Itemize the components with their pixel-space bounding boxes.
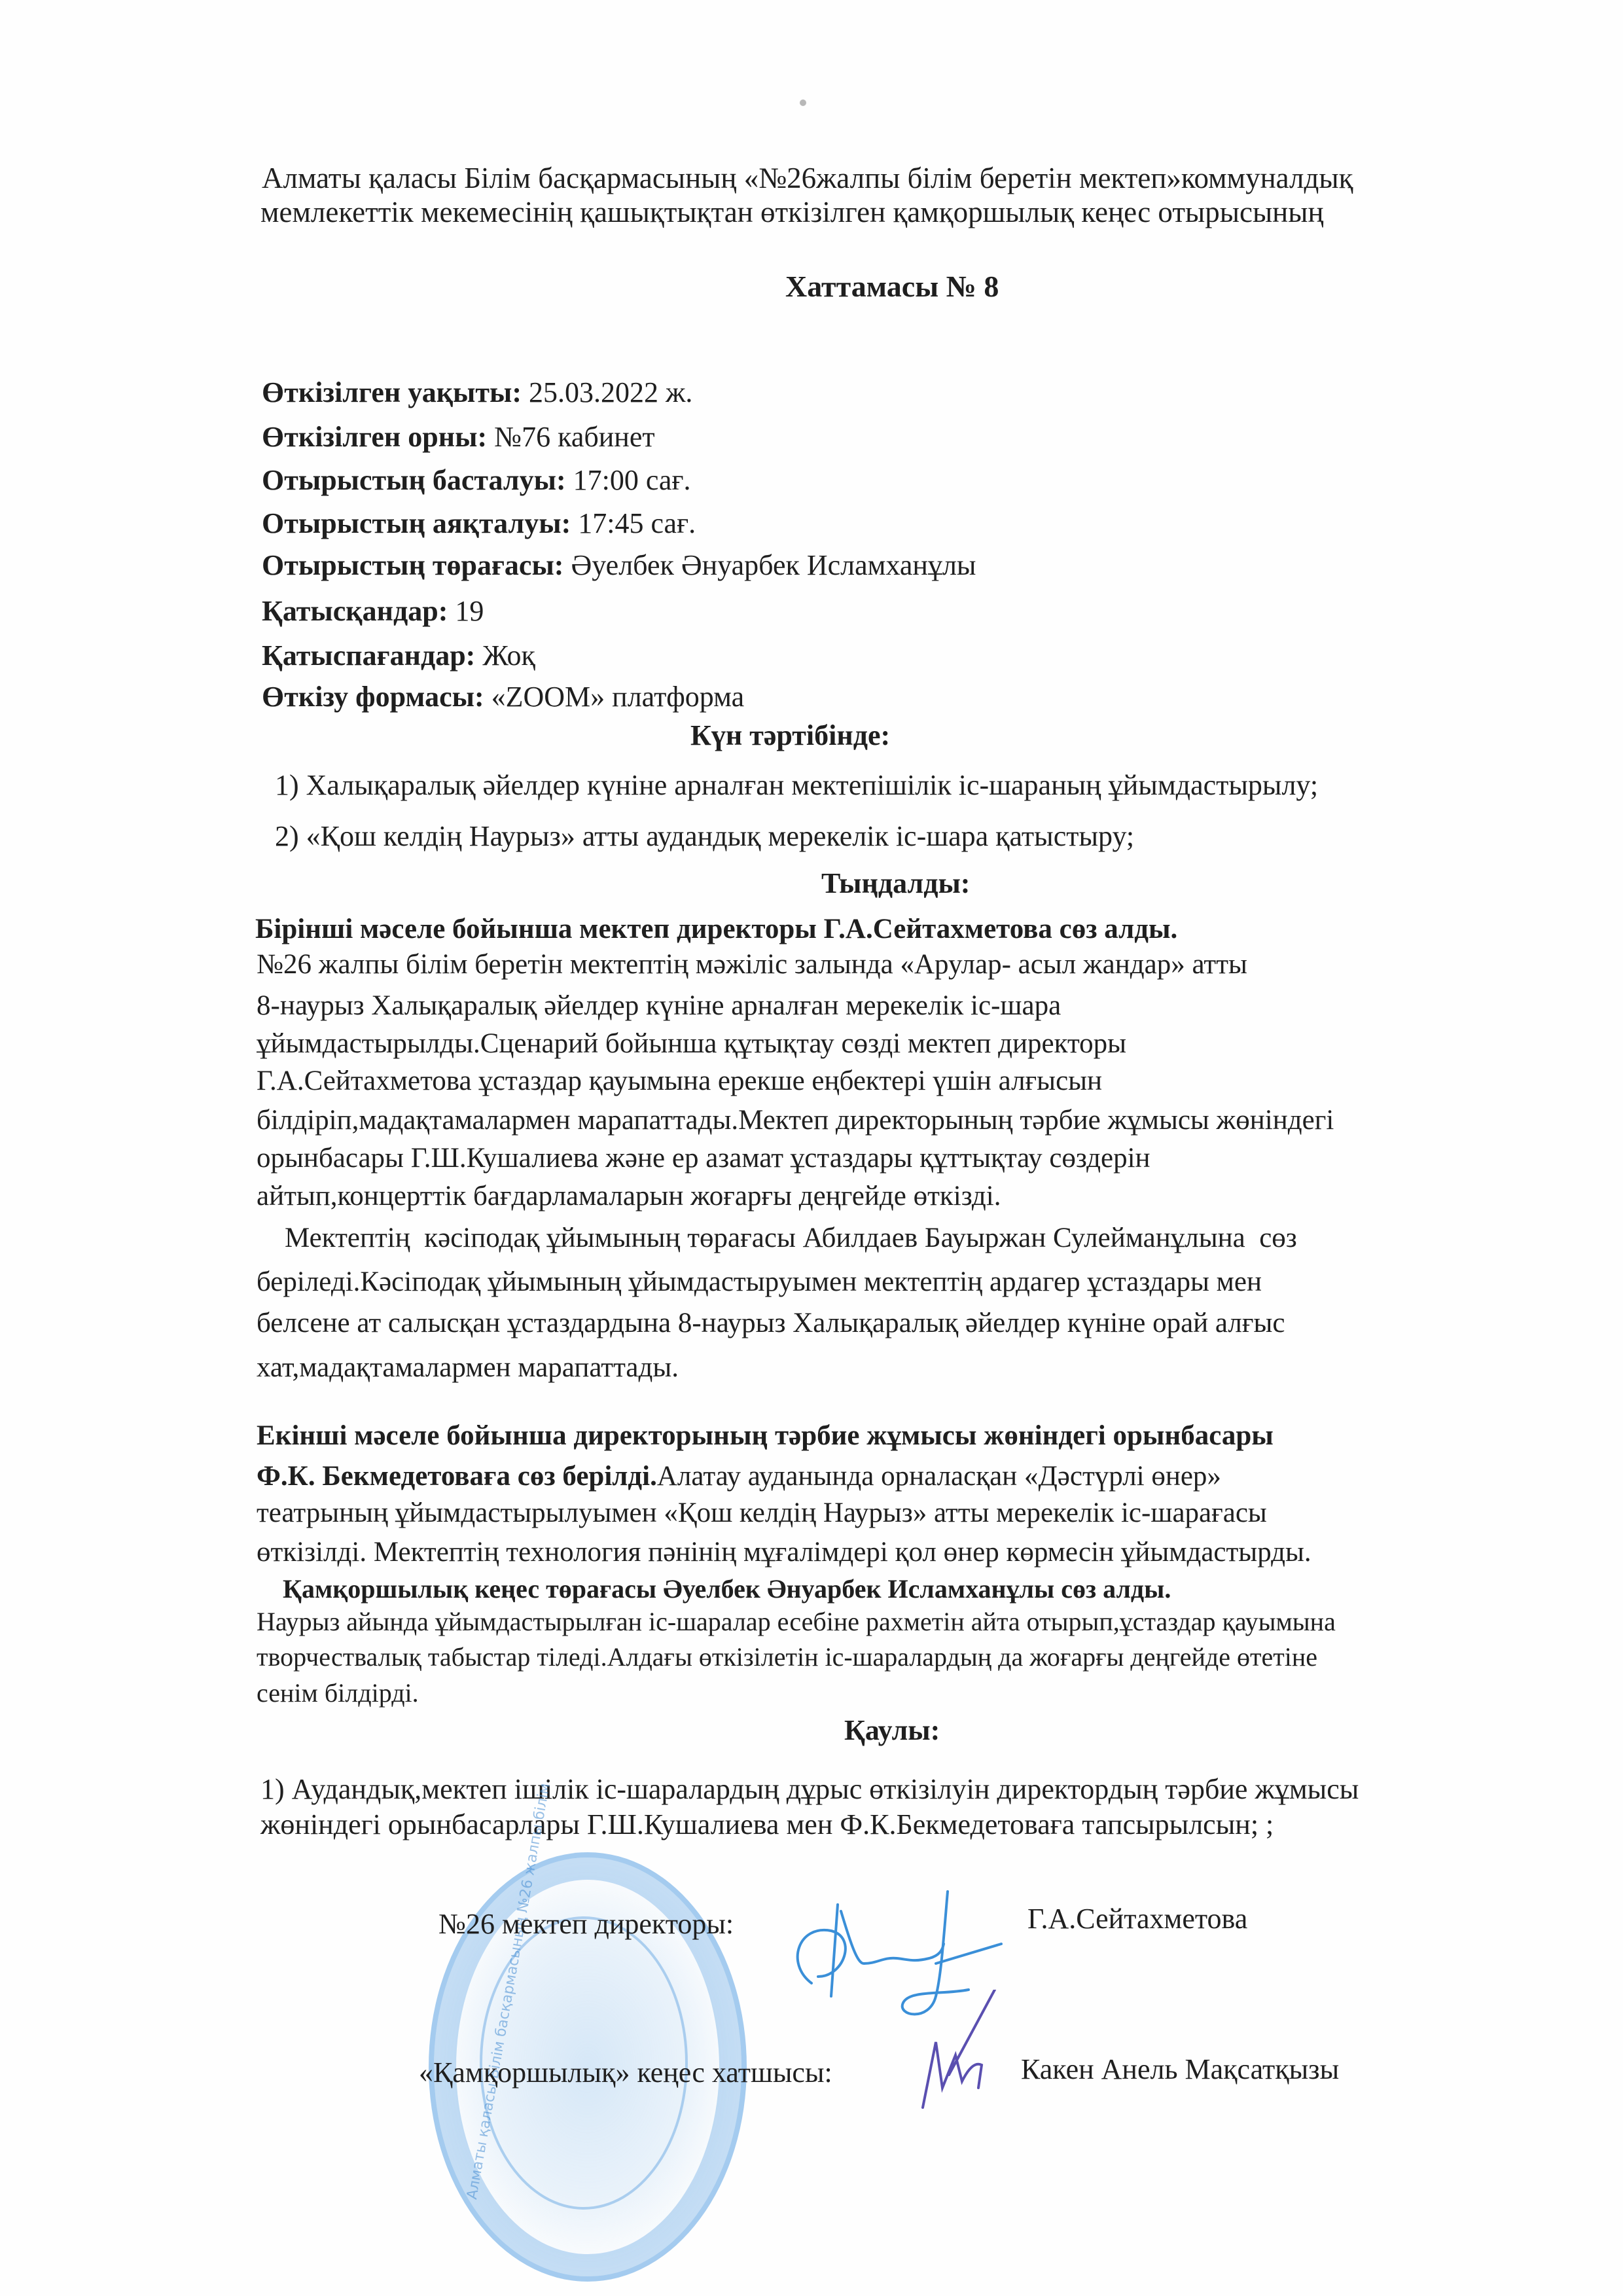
first-issue-line: 8-наурыз Халықаралық әйелдер күніне арна… xyxy=(257,992,1061,1020)
first-issue-line: орынбасары Г.Ш.Кушалиева және ер азамат … xyxy=(257,1144,1150,1172)
agenda-item-1: 1) Халықаралық әйелдер күніне арналған м… xyxy=(275,771,1318,800)
meta-label: Отырыстың басталуы: xyxy=(262,464,566,496)
secretary-label: «Қамқоршылық» кеңес хатшысы: xyxy=(419,2058,832,2087)
meta-value: №76 кабинет xyxy=(487,421,654,453)
document-page: Алматы қаласы Білім басқармасының «№26жа… xyxy=(0,0,1623,2296)
meta-value: 17:00 сағ. xyxy=(566,464,691,496)
meta-label: Қатысқандар: xyxy=(262,595,448,627)
meta-present: Қатысқандар: 19 xyxy=(262,597,484,626)
scan-speck xyxy=(800,99,806,106)
first-issue-heading: Бірінші мәселе бойынша мектеп директоры … xyxy=(255,915,1177,943)
meta-value: 19 xyxy=(448,595,484,627)
meta-label: Өткізілген орны: xyxy=(262,421,487,453)
first-issue-line: хат,мадақтамалармен марапаттады. xyxy=(257,1354,679,1382)
chair-line: сенім білдірді. xyxy=(257,1680,419,1706)
meta-format: Өткізу формасы: «ZOOM» платформа xyxy=(262,683,744,711)
meta-label: Өткізу формасы: xyxy=(262,681,484,713)
secretary-name: Какен Анель Мақсатқызы xyxy=(1021,2055,1339,2084)
second-issue-line: театрының ұйымдастырылуымен «Қош келдің … xyxy=(257,1499,1267,1527)
meta-value: 17:45 сағ. xyxy=(571,507,696,539)
resolution-line: жөніндегі орынбасарлары Г.Ш.Кушалиева ме… xyxy=(260,1810,1274,1839)
meta-place: Өткізілген орны: №76 кабинет xyxy=(262,423,655,452)
header-line-2: мемлекеттік мекемесінің қашықтықтан өткі… xyxy=(260,198,1324,227)
director-label: №26 мектеп директоры: xyxy=(438,1910,734,1939)
second-issue-line: Ф.К. Бекмедетоваға сөз берілді.Алатау ау… xyxy=(257,1462,1221,1490)
meta-value: «ZOOM» платформа xyxy=(484,681,745,713)
first-issue-line: білдіріп,мадақтамалармен марапаттады.Мек… xyxy=(257,1106,1334,1134)
meta-label: Отырыстың аяқталуы: xyxy=(262,507,571,539)
first-issue-line: айтып,концерттік бағдарламаларын жоғарғы… xyxy=(257,1182,1001,1210)
second-issue-line: өткізілді. Мектептің технология пәнінің … xyxy=(257,1538,1311,1566)
first-issue-line: Г.А.Сейтахметова ұстаздар қауымына ерекш… xyxy=(257,1067,1102,1095)
director-name: Г.А.Сейтахметова xyxy=(1027,1905,1247,1933)
second-issue-heading: Екінші мәселе бойынша директорының тәрби… xyxy=(257,1422,1274,1450)
first-issue-line: ұйымдастырылды.Сценарий бойынша құтықтау… xyxy=(257,1030,1126,1058)
agenda-heading: Күн тәртібінде: xyxy=(690,721,890,750)
meta-label: Қатыспағандар: xyxy=(262,639,475,672)
header-line-1: Алматы қаласы Білім басқармасының «№26жа… xyxy=(262,164,1353,193)
document-title: Хаттамасы № 8 xyxy=(785,272,999,302)
first-issue-line: беріледі.Кәсіподақ ұйымының ұйымдастыруы… xyxy=(257,1268,1262,1296)
second-issue-speaker: Ф.К. Бекмедетоваға сөз берілді. xyxy=(257,1461,657,1492)
second-issue-text: Алатау ауданында орналасқан «Дәстүрлі өн… xyxy=(657,1461,1221,1492)
meta-value: 25.03.2022 ж. xyxy=(522,376,692,408)
meta-end: Отырыстың аяқталуы: 17:45 сағ. xyxy=(262,509,696,538)
resolution-heading: Қаулы: xyxy=(844,1716,940,1745)
meta-absent: Қатыспағандар: Жоқ xyxy=(262,641,535,670)
agenda-item-2: 2) «Қош келдің Наурыз» атты аудандық мер… xyxy=(275,822,1134,851)
chair-line: творчествалық табыстар тіледі.Алдағы өтк… xyxy=(257,1644,1317,1670)
meta-chair: Отырыстың төрағасы: Әуелбек Әнуарбек Исл… xyxy=(262,551,976,580)
meta-start: Отырыстың басталуы: 17:00 сағ. xyxy=(262,466,691,495)
first-issue-line: белсене ат салысқан ұстаздардына 8-науры… xyxy=(257,1309,1285,1337)
meta-label: Өткізілген уақыты: xyxy=(262,376,522,408)
meta-value: Әуелбек Әнуарбек Исламханұлы xyxy=(563,549,976,581)
resolution-line: 1) Аудандық,мектеп ішілік іс-шаралардың … xyxy=(260,1775,1359,1804)
first-issue-line: №26 жалпы білім беретін мектептің мәжілі… xyxy=(257,950,1247,978)
heard-heading: Тыңдалды: xyxy=(821,869,970,898)
chair-line: Наурыз айында ұйымдастырылған іс-шаралар… xyxy=(257,1609,1336,1635)
chair-heading: Қамқоршылық кеңес төрағасы Әуелбек Әнуар… xyxy=(257,1576,1171,1602)
secretary-signature-icon xyxy=(910,1990,1014,2121)
meta-date: Өткізілген уақыты: 25.03.2022 ж. xyxy=(262,378,692,407)
meta-label: Отырыстың төрағасы: xyxy=(262,549,563,581)
meta-value: Жоқ xyxy=(475,639,535,672)
first-issue-line: Мектептің кәсіподақ ұйымының төрағасы Аб… xyxy=(257,1224,1297,1252)
